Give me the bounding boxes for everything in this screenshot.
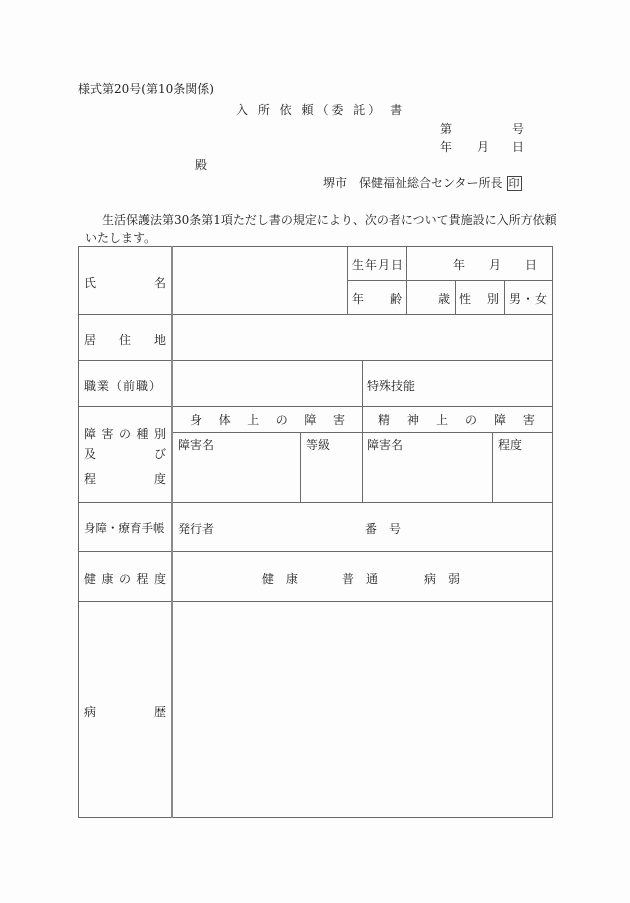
sex-label: 性別	[459, 290, 499, 307]
medical-history-field[interactable]	[176, 605, 548, 813]
col-divider	[406, 246, 407, 314]
mental-degree-label: 程度	[498, 436, 522, 453]
mental-degree-field[interactable]	[496, 452, 548, 498]
age-label: 年齢	[352, 290, 402, 307]
special-skill-label: 特殊技能	[367, 377, 415, 394]
date-year: 年	[440, 138, 452, 155]
disability-label-line3: 程度	[84, 470, 166, 487]
row-divider	[78, 314, 553, 315]
table-border-top	[78, 246, 553, 247]
number-prefix: 第	[440, 120, 452, 137]
table-border-right	[552, 246, 553, 818]
physical-disability-name-label: 障害名	[178, 436, 214, 453]
intro-text-line1: 生活保護法第30条第1項ただし書の規定により、次の者について貴施設に入所方依頼	[102, 211, 557, 228]
physical-grade-label: 等級	[306, 436, 330, 453]
addressee-honorific: 殿	[195, 156, 207, 173]
issuer-line: 堺市 保健福祉総合センター所長印	[323, 174, 522, 191]
col-divider	[347, 246, 348, 314]
mental-disability-name-field[interactable]	[366, 452, 488, 498]
intro-text-line2: いたします。	[85, 229, 156, 246]
occupation-field[interactable]	[176, 364, 358, 402]
occupation-label: 職業（前職）	[84, 377, 162, 394]
col-divider	[455, 280, 456, 314]
handbook-number-label: 番 号	[365, 520, 401, 537]
health-option-weak[interactable]: 病 弱	[424, 570, 460, 587]
age-field[interactable]	[410, 284, 440, 310]
residence-field[interactable]	[176, 318, 548, 356]
label-column-divider	[171, 246, 173, 818]
special-skill-field[interactable]	[420, 364, 548, 402]
birthdate-year-unit: 年	[453, 256, 465, 273]
handbook-issuer-label: 発行者	[178, 520, 214, 537]
sex-options[interactable]: 男・女	[509, 290, 548, 307]
row-divider	[78, 360, 553, 361]
birthdate-label: 生年月日	[352, 256, 404, 273]
disability-label-line2: 及び	[84, 445, 166, 462]
number-suffix: 号	[512, 120, 524, 137]
page-title: 入 所 依 頼（委 託） 書	[236, 101, 405, 118]
mental-disability-header: 精神上の障害	[378, 411, 535, 428]
physical-grade-field[interactable]	[304, 452, 358, 498]
age-unit: 歳	[438, 290, 450, 307]
medical-history-label: 病歴	[84, 703, 166, 720]
handbook-number-field[interactable]	[405, 506, 548, 546]
table-border-bottom	[78, 817, 553, 818]
row-divider	[347, 280, 553, 281]
handbook-label: 身障・療育手帳	[84, 520, 165, 536]
col-divider	[504, 280, 505, 314]
mental-disability-name-label: 障害名	[367, 436, 403, 453]
row-divider	[78, 406, 553, 407]
seal-icon: 印	[507, 176, 522, 191]
handbook-issuer-field[interactable]	[214, 506, 354, 546]
col-divider	[300, 432, 301, 502]
date-month: 月	[477, 138, 489, 155]
birthdate-day-unit: 日	[525, 256, 537, 273]
name-label: 氏名	[84, 274, 166, 291]
health-option-normal[interactable]: 普 通	[342, 570, 378, 587]
health-option-healthy[interactable]: 健 康	[262, 570, 298, 587]
row-divider	[78, 601, 553, 602]
health-label: 健康の程度	[84, 570, 166, 587]
col-divider	[492, 432, 493, 502]
row-divider	[78, 502, 553, 503]
birthdate-month-unit: 月	[489, 256, 501, 273]
physical-disability-name-field[interactable]	[176, 452, 296, 498]
date-day: 日	[512, 138, 524, 155]
issuer-name: 堺市 保健福祉総合センター所長	[323, 176, 503, 190]
row-divider	[78, 551, 553, 552]
residence-label: 居住地	[84, 331, 166, 348]
disability-label-line1: 障害の種別	[84, 425, 166, 442]
name-field[interactable]	[176, 250, 344, 310]
physical-disability-header: 身体上の障害	[190, 411, 345, 428]
col-divider	[362, 360, 363, 502]
form-number: 様式第20号(第10条関係)	[78, 80, 214, 97]
table-border-left	[78, 246, 79, 818]
